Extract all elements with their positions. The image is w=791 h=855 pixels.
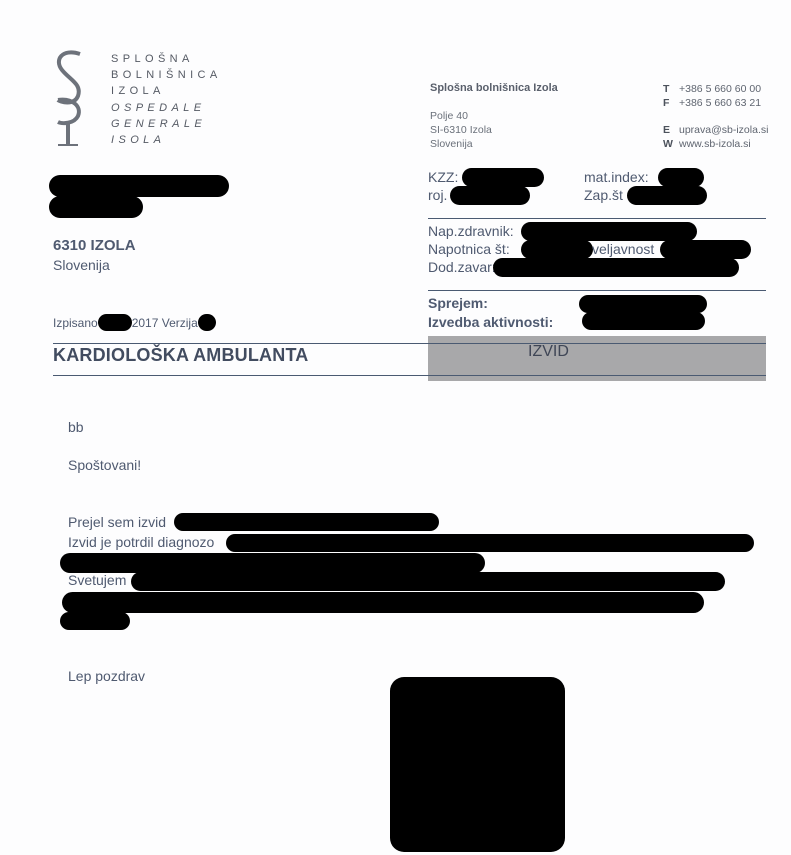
logo-line: ISOLA — [111, 132, 222, 148]
redacted-recipient-name — [49, 175, 229, 197]
contact-phone: T+386 5 660 60 00 — [663, 83, 768, 97]
veljavnost-label: veljavnost — [592, 241, 654, 257]
letter-line1: bb — [68, 419, 84, 435]
nap-zdravnik-label: Nap.zdravnik: — [428, 223, 514, 239]
issued-line: Izpisano2017 Verzija — [53, 314, 216, 331]
dod-zavar-label: Dod.zavar: — [428, 259, 496, 275]
divider — [428, 218, 766, 219]
logo-line: IZOLA — [111, 83, 222, 99]
redacted-zap-st — [627, 186, 707, 205]
redacted-validity — [660, 240, 751, 259]
redacted-text — [226, 534, 754, 552]
hospital-contacts: T+386 5 660 60 00 F+386 5 660 63 21 Eupr… — [663, 83, 768, 151]
redacted-text — [60, 612, 130, 630]
redacted-version — [198, 314, 216, 331]
hospital-name: Splošna bolnišnica Izola — [430, 82, 558, 94]
roj-label: roj. — [428, 187, 447, 203]
divider — [53, 343, 766, 344]
redacted-issued-date — [98, 314, 132, 331]
contact-website[interactable]: Wwww.sb-izola.si — [663, 138, 768, 152]
logo-line: OSPEDALE — [111, 100, 222, 116]
redacted-mat-index — [658, 168, 704, 187]
redacted-referral-number — [521, 240, 593, 259]
logo-line: SPLOŠNA — [111, 51, 222, 67]
sbi-monogram-icon — [52, 50, 86, 148]
letter-p3: Svetujem — [68, 572, 126, 588]
logo-line: BOLNIŠNICA — [111, 67, 222, 83]
redacted-doctor — [521, 222, 697, 241]
logo-line: GENERALE — [111, 116, 222, 132]
document-type: IZVID — [528, 343, 569, 361]
redacted-text — [60, 553, 485, 573]
recipient-city: 6310 IZOLA — [53, 237, 136, 254]
redacted-text — [62, 592, 704, 613]
issued-year: 2017 Verzija — [132, 316, 198, 330]
recipient-country: Slovenija — [53, 257, 110, 273]
mat-index-label: mat.index: — [584, 169, 649, 185]
redacted-activity — [582, 312, 705, 330]
redacted-admission — [579, 295, 707, 313]
contact-fax: F+386 5 660 63 21 — [663, 97, 768, 111]
section-title: KARDIOLOŠKA AMBULANTA — [53, 345, 309, 366]
redacted-kzz — [462, 168, 544, 187]
contact-email[interactable]: Euprava@sb-izola.si — [663, 124, 768, 138]
divider — [53, 375, 766, 376]
redacted-text — [174, 513, 439, 531]
letter-p2: Izvid je potrdil diagnozo — [68, 534, 214, 550]
sprejem-label: Sprejem: — [428, 295, 488, 311]
izvedba-label: Izvedba aktivnosti: — [428, 314, 553, 330]
hospital-address: Polje 40 SI-6310 Izola Slovenija — [430, 109, 492, 151]
issued-prefix: Izpisano — [53, 316, 98, 330]
letter-greeting: Spoštovani! — [68, 457, 141, 473]
redacted-signature — [390, 677, 565, 852]
address-line: SI-6310 Izola — [430, 123, 492, 137]
napotnica-label: Napotnica št: — [428, 241, 510, 257]
divider — [428, 290, 766, 291]
redacted-birth — [450, 186, 530, 205]
letter-closing: Lep pozdrav — [68, 668, 145, 684]
address-line: Slovenija — [430, 137, 492, 151]
letter-p1: Prejel sem izvid — [68, 514, 166, 530]
redacted-recipient-street — [49, 196, 143, 218]
redacted-insurance — [493, 258, 739, 277]
logo-wordmark: SPLOŠNA BOLNIŠNICA IZOLA OSPEDALE GENERA… — [111, 51, 222, 148]
kzz-label: KZZ: — [428, 169, 458, 185]
redacted-text — [131, 572, 725, 591]
address-line: Polje 40 — [430, 109, 492, 123]
zap-st-label: Zap.št — [584, 187, 623, 203]
